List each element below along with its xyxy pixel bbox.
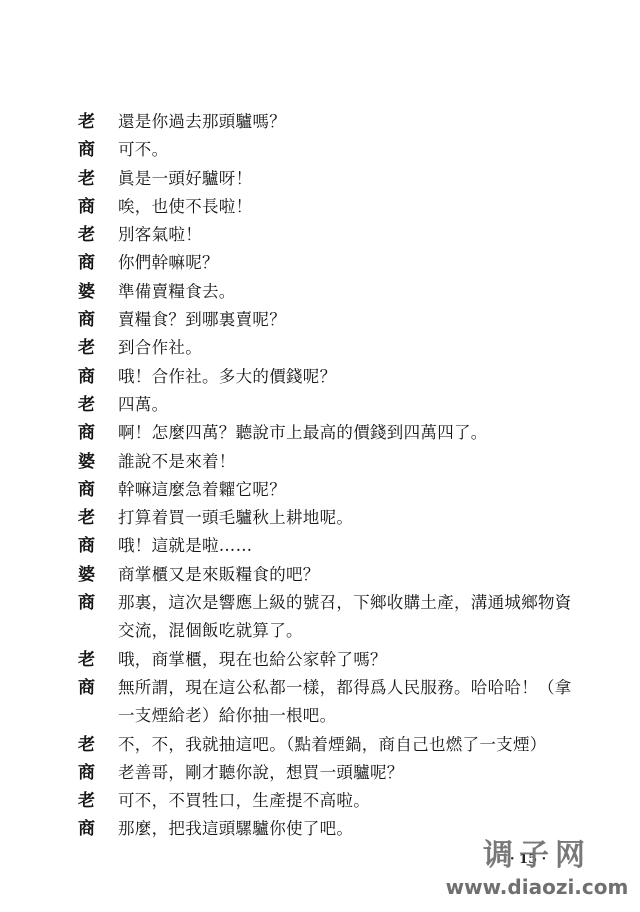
dialogue-line: 商哦！合作社。多大的價錢呢？ xyxy=(78,363,618,391)
dialogue-line: 商賣糧食？到哪裏賣呢？ xyxy=(78,306,618,334)
dialogue-line: 商老善哥，剛才聽你說，想買一頭驢呢？ xyxy=(78,759,618,787)
speaker-label: 老 xyxy=(78,391,118,419)
speaker-label: 商 xyxy=(78,136,118,164)
dialogue-line: 商可不。 xyxy=(78,136,618,164)
watermark-url: www.diaozi.com xyxy=(432,874,640,900)
dialogue-line: 老別客氣啦！ xyxy=(78,221,618,249)
dialogue-line: 老到合作社。 xyxy=(78,334,618,362)
dialogue-text: 到合作社。 xyxy=(118,334,618,362)
dialogue-text: 老善哥，剛才聽你說，想買一頭驢呢？ xyxy=(118,759,618,787)
dialogue-line: 老打算着買一頭毛驢秋上耕地呢。 xyxy=(78,504,618,532)
speaker-label: 老 xyxy=(78,731,118,759)
speaker-label: 婆 xyxy=(78,561,118,589)
watermark-name: 调子网 xyxy=(432,838,640,874)
dialogue-line: 老不，不，我就抽這吧。（點着煙鍋，商自己也燃了一支煙） xyxy=(78,731,618,759)
speaker-label: 商 xyxy=(78,815,118,843)
speaker-label: 老 xyxy=(78,165,118,193)
dialogue-text: 眞是一頭好驢呀！ xyxy=(118,165,618,193)
speaker-label: 商 xyxy=(78,419,118,447)
speaker-label: 老 xyxy=(78,646,118,674)
dialogue-line: 老眞是一頭好驢呀！ xyxy=(78,165,618,193)
dialogue-line: 商哦！這就是啦…… xyxy=(78,532,618,560)
speaker-label: 老 xyxy=(78,787,118,815)
dialogue-line: 商幹嘛這麼急着糶它呢？ xyxy=(78,476,618,504)
dialogue-line: 商唉，也使不長啦！ xyxy=(78,193,618,221)
dialogue-text: 幹嘛這麼急着糶它呢？ xyxy=(118,476,618,504)
dialogue-line: 婆商掌櫃又是來販糧食的吧？ xyxy=(78,561,618,589)
dialogue-line: 婆準備賣糧食去。 xyxy=(78,278,618,306)
dialogue-line: 老哦，商掌櫃，現在也給公家幹了嗎？ xyxy=(78,646,618,674)
dialogue-text: 賣糧食？到哪裏賣呢？ xyxy=(118,306,618,334)
dialogue-text: 不，不，我就抽這吧。（點着煙鍋，商自己也燃了一支煙） xyxy=(118,731,618,759)
dialogue-line: 商那裏，這次是響應上級的號召，下鄉收購土產，溝通城鄉物資 交流，混個飯吃就算了。 xyxy=(78,589,618,646)
speaker-label: 老 xyxy=(78,334,118,362)
dialogue-text: 你們幹嘛呢？ xyxy=(118,249,618,277)
dialogue-line: 老可不，不買牲口，生產提不高啦。 xyxy=(78,787,618,815)
dialogue-text: 準備賣糧食去。 xyxy=(118,278,618,306)
dialogue-text: 打算着買一頭毛驢秋上耕地呢。 xyxy=(118,504,618,532)
speaker-label: 老 xyxy=(78,221,118,249)
dialogue-line: 老四萬。 xyxy=(78,391,618,419)
dialogue-text: 可不，不買牲口，生產提不高啦。 xyxy=(118,787,618,815)
speaker-label: 老 xyxy=(78,504,118,532)
dialogue-text: 四萬。 xyxy=(118,391,618,419)
dialogue-line: 商你們幹嘛呢？ xyxy=(78,249,618,277)
speaker-label: 商 xyxy=(78,306,118,334)
dialogue-text: 啊！怎麼四萬？聽說市上最高的價錢到四萬四了。 xyxy=(118,419,618,447)
speaker-label: 商 xyxy=(78,759,118,787)
dialogue-line: 商啊！怎麼四萬？聽說市上最高的價錢到四萬四了。 xyxy=(78,419,618,447)
dialogue-text: 唉，也使不長啦！ xyxy=(118,193,618,221)
dialogue-text: 哦！這就是啦…… xyxy=(118,532,618,560)
dialogue-lines: 老還是你過去那頭驢嗎？商可不。老眞是一頭好驢呀！商唉，也使不長啦！老別客氣啦！商… xyxy=(78,108,618,844)
dialogue-line: 老還是你過去那頭驢嗎？ xyxy=(78,108,618,136)
speaker-label: 商 xyxy=(78,674,118,702)
speaker-label: 婆 xyxy=(78,278,118,306)
speaker-label: 商 xyxy=(78,476,118,504)
watermark: 调子网 www.diaozi.com xyxy=(432,838,640,900)
speaker-label: 婆 xyxy=(78,448,118,476)
dialogue-text: 無所謂，現在這公私都一樣，都得爲人民服務。哈哈哈！（拿 一支煙給老）給你抽一根吧… xyxy=(118,674,618,731)
speaker-label: 商 xyxy=(78,249,118,277)
dialogue-text: 誰說不是來着！ xyxy=(118,448,618,476)
dialogue-text: 別客氣啦！ xyxy=(118,221,618,249)
document-page: 老還是你過去那頭驢嗎？商可不。老眞是一頭好驢呀！商唉，也使不長啦！老別客氣啦！商… xyxy=(0,0,640,912)
dialogue-text: 那裏，這次是響應上級的號召，下鄉收購土產，溝通城鄉物資 交流，混個飯吃就算了。 xyxy=(118,589,618,646)
speaker-label: 商 xyxy=(78,589,118,617)
speaker-label: 商 xyxy=(78,532,118,560)
dialogue-text: 還是你過去那頭驢嗎？ xyxy=(118,108,618,136)
dialogue-line: 婆誰說不是來着！ xyxy=(78,448,618,476)
dialogue-text: 可不。 xyxy=(118,136,618,164)
speaker-label: 商 xyxy=(78,193,118,221)
dialogue-text: 商掌櫃又是來販糧食的吧？ xyxy=(118,561,618,589)
speaker-label: 商 xyxy=(78,363,118,391)
speaker-label: 老 xyxy=(78,108,118,136)
dialogue-line: 商無所謂，現在這公私都一樣，都得爲人民服務。哈哈哈！（拿 一支煙給老）給你抽一根… xyxy=(78,674,618,731)
dialogue-text: 哦！合作社。多大的價錢呢？ xyxy=(118,363,618,391)
dialogue-text: 哦，商掌櫃，現在也給公家幹了嗎？ xyxy=(118,646,618,674)
